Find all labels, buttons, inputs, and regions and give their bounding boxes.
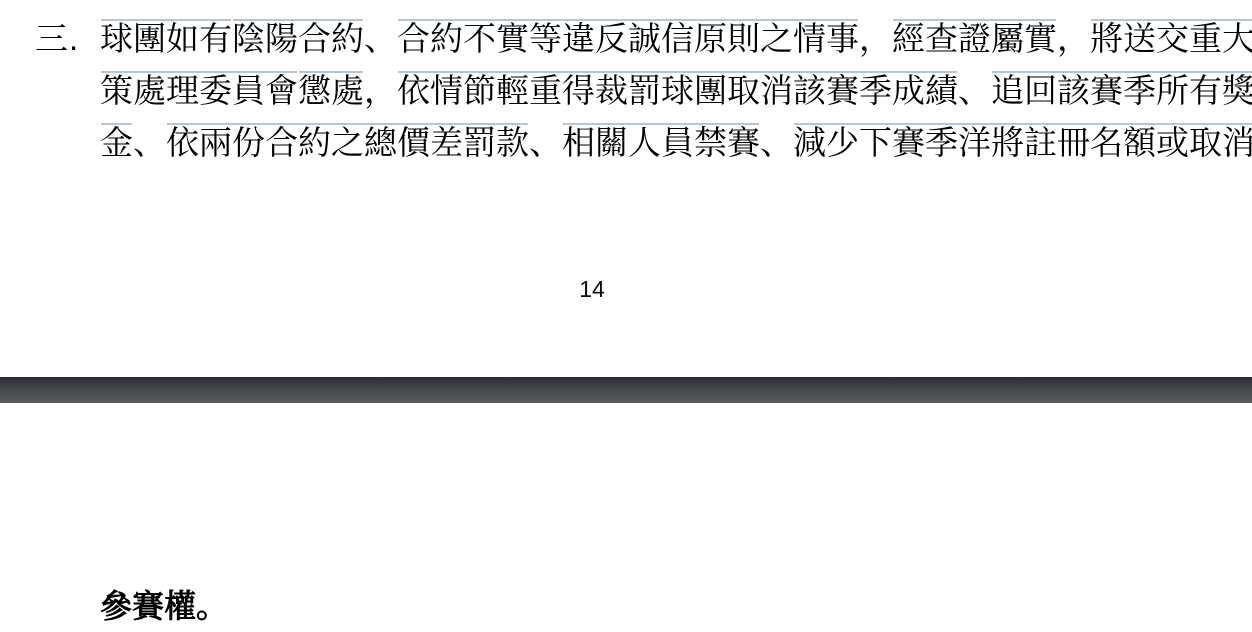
- page-number: 14: [0, 276, 1184, 303]
- text-segment: ，: [1057, 13, 1090, 65]
- text-segment: 、: [133, 117, 166, 169]
- continuation-text: 參賽權。: [100, 582, 228, 630]
- text-segment-annotated: 金: [100, 117, 133, 169]
- text-segment: ，: [364, 65, 397, 117]
- text-segment-annotated: 懲處: [298, 65, 364, 117]
- text-segment: ，: [859, 13, 892, 65]
- pdf-document-viewer[interactable]: 三. 球團如有陰陽合約、合約不實等違反誠信原則之情事，經查證屬實，將送交重大事件…: [0, 0, 1252, 632]
- text-segment-annotated: 經查證屬實: [892, 13, 1057, 65]
- text-segment-annotated: 陰陽合約: [232, 13, 364, 65]
- paragraph-line-1: 球團如有陰陽合約、合約不實等違反誠信原則之情事，經查證屬實，將送交重大事件決: [100, 13, 1198, 65]
- text-segment-annotated: 策處理委員會: [100, 65, 298, 117]
- text-segment-annotated: 追回該賽季所有獎項與獎: [991, 65, 1252, 117]
- text-segment-annotated: 將送交重大事件決: [1090, 13, 1252, 65]
- list-item-marker: 三.: [35, 13, 79, 65]
- text-segment-annotated: 依情節輕重得裁罰球團取消該賽季成績: [397, 65, 958, 117]
- page-separator-bar: [0, 377, 1252, 403]
- text-segment: 、: [529, 117, 562, 169]
- text-segment-annotated: 減少下賽季洋將註冊名額或取消該球團: [793, 117, 1252, 169]
- text-segment: 、: [958, 65, 991, 117]
- paragraph-line-2: 策處理委員會懲處，依情節輕重得裁罰球團取消該賽季成績、追回該賽季所有獎項與獎: [100, 65, 1198, 117]
- text-segment: 、: [364, 13, 397, 65]
- text-segment: 、: [760, 117, 793, 169]
- text-segment-annotated: 相關人員禁賽: [562, 117, 760, 169]
- text-segment-annotated: 合約不實等違反誠信原則之情事: [397, 13, 859, 65]
- text-segment-annotated: 球團如有: [100, 13, 232, 65]
- paragraph-line-3: 金、依兩份合約之總價差罰款、相關人員禁賽、減少下賽季洋將註冊名額或取消該球團: [100, 117, 1198, 169]
- text-segment-annotated: 依兩份合約之總價差罰款: [166, 117, 529, 169]
